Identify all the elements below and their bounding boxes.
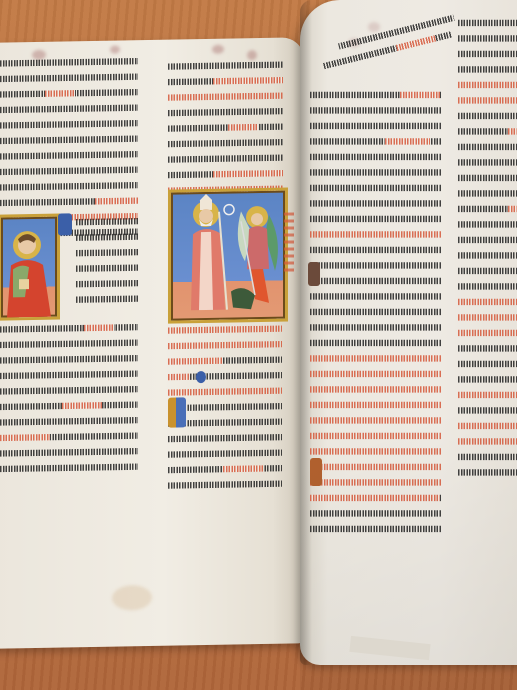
text-line xyxy=(458,49,517,58)
text-line xyxy=(0,369,138,380)
rubric-line xyxy=(310,230,442,239)
text-line xyxy=(168,432,282,443)
bishop-and-archangel-miniature xyxy=(168,188,288,324)
rubric-line xyxy=(168,339,282,350)
right-page-column-2 xyxy=(458,18,517,483)
rubric-line xyxy=(310,478,442,487)
text-line xyxy=(310,106,442,115)
text-line xyxy=(310,276,442,285)
text-line xyxy=(0,322,138,333)
text-line xyxy=(310,183,442,192)
text-line xyxy=(310,524,442,533)
text-line xyxy=(168,75,283,86)
margin-rubric xyxy=(284,212,294,272)
blue-initial xyxy=(58,213,72,235)
text-line xyxy=(458,406,517,415)
text-line xyxy=(0,103,138,114)
text-line xyxy=(76,232,138,242)
text-line xyxy=(0,353,138,364)
text-line xyxy=(168,137,283,148)
text-line xyxy=(168,122,283,133)
text-line xyxy=(458,158,517,167)
text-line xyxy=(458,142,517,151)
text-line xyxy=(0,415,138,426)
text-line xyxy=(168,448,282,459)
text-line xyxy=(338,13,455,50)
rubric-line xyxy=(310,416,442,425)
text-line xyxy=(458,173,517,182)
text-line xyxy=(76,294,138,304)
text-line xyxy=(76,263,138,273)
text-line xyxy=(0,400,138,411)
stain xyxy=(247,50,257,60)
text-line xyxy=(310,137,442,146)
rubric-line xyxy=(310,385,442,394)
left-page xyxy=(0,37,304,648)
text-line xyxy=(458,266,517,275)
text-line xyxy=(458,111,517,120)
text-line xyxy=(168,60,283,71)
text-line xyxy=(310,261,442,270)
text-line xyxy=(458,235,517,244)
text-line xyxy=(0,56,138,67)
text-line xyxy=(458,468,517,477)
rubric-line xyxy=(310,369,442,378)
saint-figure-icon xyxy=(1,217,57,318)
right-page-column-1 xyxy=(310,90,442,540)
text-line xyxy=(0,338,138,349)
text-line xyxy=(310,214,442,223)
text-line xyxy=(168,153,283,164)
text-line xyxy=(168,370,282,381)
manuscript-photo xyxy=(0,0,517,690)
rubric-line xyxy=(458,297,517,306)
text-line xyxy=(0,118,138,129)
rubric-line xyxy=(458,421,517,430)
text-line xyxy=(458,282,517,291)
text-line xyxy=(0,180,138,191)
text-line xyxy=(0,134,138,145)
rubric-line xyxy=(310,354,442,363)
text-line xyxy=(168,106,283,117)
text-line xyxy=(0,72,138,83)
rubric-line xyxy=(168,386,282,397)
text-line xyxy=(168,168,283,179)
rubric-line xyxy=(458,437,517,446)
gold-blue-initial xyxy=(168,397,186,427)
text-line xyxy=(0,165,138,176)
bishop-archangel-scene-icon xyxy=(171,191,285,321)
rubric-line xyxy=(168,91,283,102)
text-line xyxy=(310,338,442,347)
text-line xyxy=(458,34,517,43)
text-line xyxy=(458,204,517,213)
rubric-line xyxy=(310,462,442,471)
stain xyxy=(212,45,224,54)
saint-portrait-miniature xyxy=(0,214,60,321)
text-line xyxy=(76,216,138,226)
text-line xyxy=(310,493,442,502)
text-line xyxy=(458,127,517,136)
rubric-line xyxy=(458,313,517,322)
text-line xyxy=(168,355,282,366)
rubric-line xyxy=(458,390,517,399)
text-line xyxy=(310,90,442,99)
text-line xyxy=(458,251,517,260)
text-line xyxy=(0,384,138,395)
decorated-initial-2 xyxy=(310,458,322,486)
text-line xyxy=(168,463,282,474)
text-line xyxy=(458,220,517,229)
text-line xyxy=(0,462,138,473)
rubric-line xyxy=(168,324,282,335)
text-line xyxy=(310,509,442,518)
rubric-line xyxy=(310,431,442,440)
text-line xyxy=(458,189,517,198)
text-line xyxy=(458,359,517,368)
rubric-line xyxy=(310,447,442,456)
text-line xyxy=(310,199,442,208)
text-line xyxy=(76,247,138,257)
text-line xyxy=(458,65,517,74)
rubric-line xyxy=(458,96,517,105)
rubric-line xyxy=(458,328,517,337)
text-line xyxy=(458,18,517,27)
text-line xyxy=(168,479,282,490)
stain xyxy=(112,585,152,611)
text-line xyxy=(310,152,442,161)
text-line xyxy=(76,278,138,288)
text-line xyxy=(310,168,442,177)
text-line xyxy=(458,452,517,461)
rubric-line xyxy=(458,80,517,89)
text-line xyxy=(0,87,138,98)
rubric-line xyxy=(310,400,442,409)
text-line xyxy=(458,375,517,384)
text-line xyxy=(0,149,138,160)
text-line xyxy=(0,431,138,442)
text-line xyxy=(310,245,442,254)
decorated-initial-1 xyxy=(308,262,320,286)
left-page-column-1-lower xyxy=(0,322,138,479)
text-line xyxy=(310,323,442,332)
right-page xyxy=(300,0,517,665)
text-line xyxy=(0,446,138,457)
stain xyxy=(110,45,120,53)
text-line xyxy=(458,344,517,353)
left-page-column-1-wrap xyxy=(76,216,138,310)
text-line xyxy=(0,196,138,207)
text-line xyxy=(310,292,442,301)
text-line xyxy=(310,121,442,130)
text-line xyxy=(310,307,442,316)
